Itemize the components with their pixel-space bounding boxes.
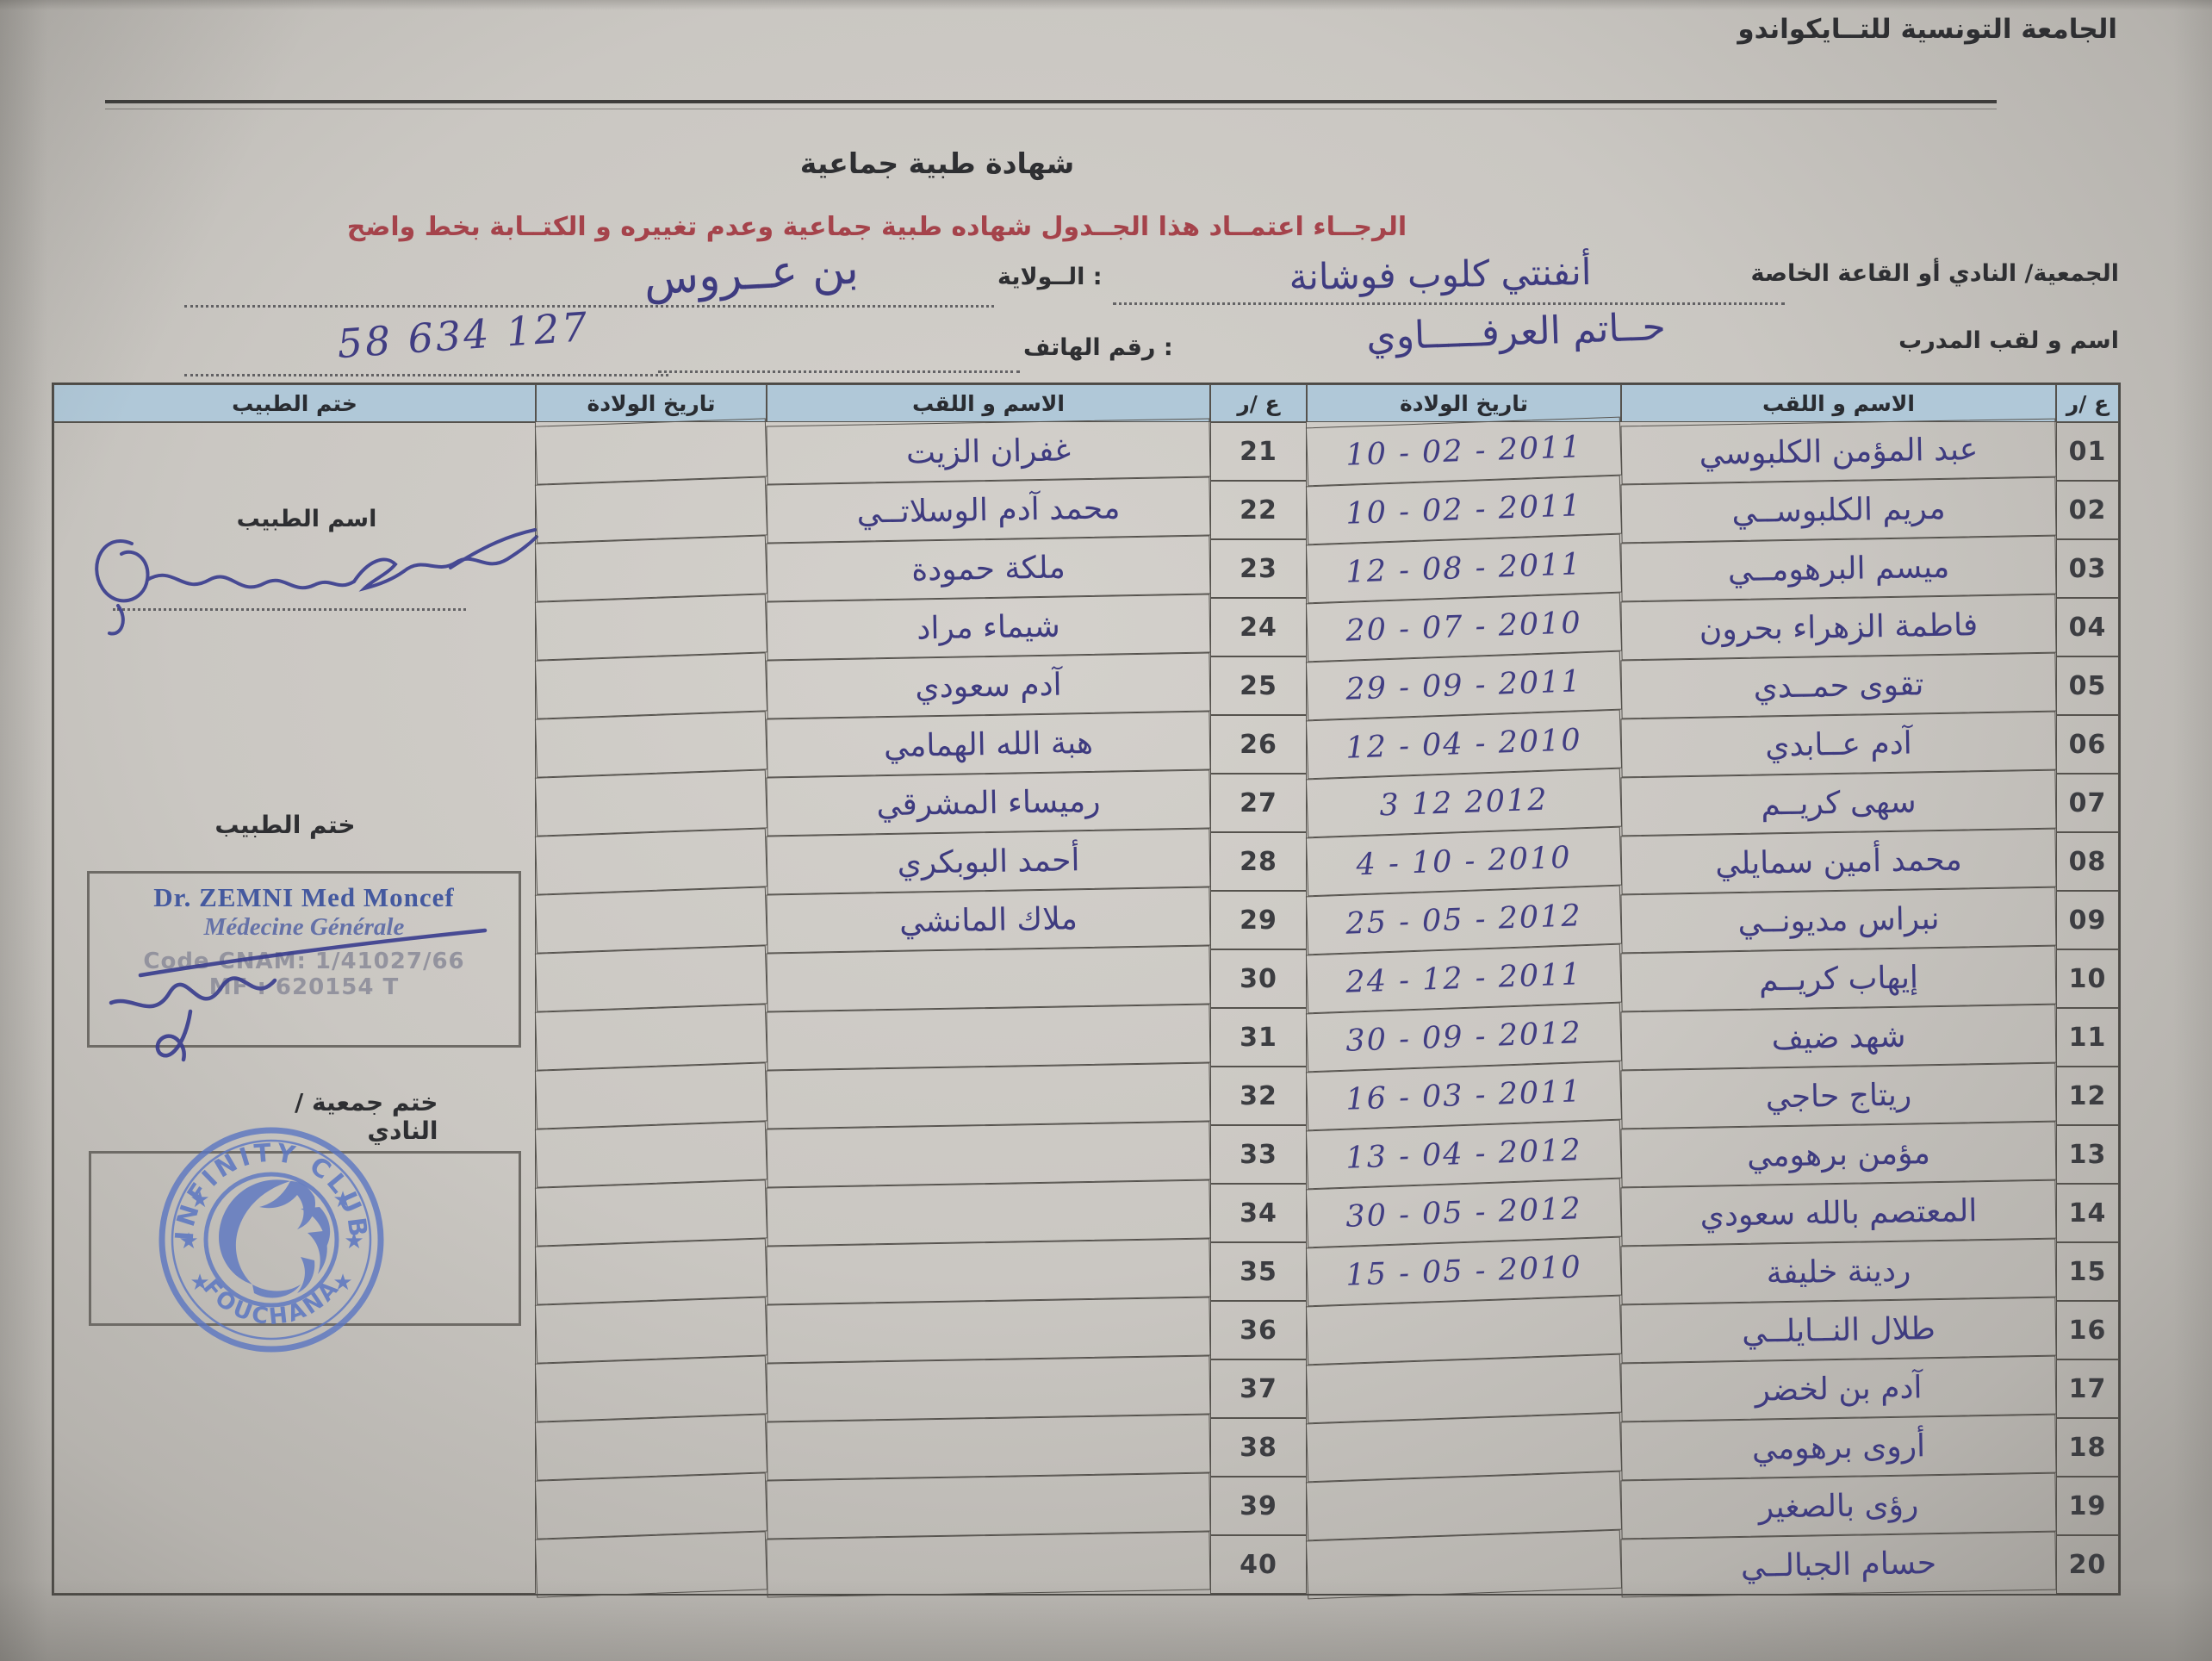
row-number-cell: 18 xyxy=(2056,1418,2119,1477)
row-number-cell: 30 xyxy=(1210,949,1307,1008)
row-number-cell: 09 xyxy=(2056,891,2119,949)
athlete-name-cell: مؤمن برهومي xyxy=(1620,1122,2056,1188)
row-number-cell: 33 xyxy=(1210,1125,1307,1184)
athlete-name-cell: المعتصم بالله سعودي xyxy=(1620,1180,2056,1247)
row-number-cell: 38 xyxy=(1210,1418,1307,1477)
col-header-dob: تاريخ الولادة xyxy=(1307,384,1621,422)
birthdate-cell: 2012 - 05 - 25 xyxy=(1306,886,1622,955)
star-icon: ★ xyxy=(344,1229,363,1254)
star-icon: ★ xyxy=(190,1187,209,1213)
row-number-cell: 34 xyxy=(1210,1184,1307,1242)
row-number-cell: 24 xyxy=(1210,598,1307,656)
row-number-cell: 35 xyxy=(1210,1242,1307,1301)
birthdate-cell xyxy=(1306,1413,1622,1483)
row-number-cell: 27 xyxy=(1210,774,1307,832)
state-field-label: الــولاية : xyxy=(997,264,1103,290)
birthdate-cell xyxy=(1306,1354,1622,1424)
club-round-stamp: INFINITY CLUB FOUCHANA ★ ★ ★ ★ ★ ★ xyxy=(154,1123,388,1357)
col-header-name: الاسم و اللقب xyxy=(1621,384,2056,422)
row-number-cell: 10 xyxy=(2056,949,2119,1008)
athlete-name-cell: طلال النــايلــي xyxy=(1620,1297,2056,1364)
state-field-value: بن عــروس xyxy=(643,243,860,306)
birthdate-cell: 2012 - 09 - 30 xyxy=(1306,1003,1622,1073)
athlete-name-cell xyxy=(766,1239,1210,1305)
athlete-name-cell: ردينة خليفة xyxy=(1620,1239,2056,1305)
athlete-name-cell: عبد المؤمن الكلبوسي xyxy=(1620,419,2056,485)
row-number-cell: 32 xyxy=(1210,1067,1307,1125)
birthdate-cell: 2011 - 03 - 16 xyxy=(1306,1061,1622,1131)
row-number-cell: 12 xyxy=(2056,1067,2119,1125)
row-number-cell: 13 xyxy=(2056,1125,2119,1184)
club-field-value: أنفنتي كلوب فوشانة xyxy=(1289,251,1592,298)
phoenix-icon xyxy=(219,1179,330,1297)
row-number-cell: 22 xyxy=(1210,481,1307,539)
state-field-line xyxy=(184,305,994,308)
star-icon: ★ xyxy=(332,1187,352,1213)
birthdate-cell xyxy=(1306,1296,1622,1366)
header-rule xyxy=(105,100,1997,109)
birthdate-cell: 2011 - 12 - 24 xyxy=(1306,944,1622,1014)
row-number-cell: 16 xyxy=(2056,1301,2119,1359)
row-number-cell: 39 xyxy=(1210,1477,1307,1535)
row-number-cell: 36 xyxy=(1210,1301,1307,1359)
scanned-medical-certificate: الجامعة التونسية للتــايكواندو شهادة طبي… xyxy=(0,0,2212,1661)
federation-title: الجامعة التونسية للتــايكواندو xyxy=(1737,14,2117,45)
row-number-cell: 06 xyxy=(2056,715,2119,774)
col-header-num-2: ع /ر xyxy=(1210,384,1307,422)
athlete-name-cell: إيهاب كريــم xyxy=(1620,946,2056,1012)
coach-field-value: حــاتم العرفـــــاوي xyxy=(1365,305,1666,359)
row-number-cell: 14 xyxy=(2056,1184,2119,1242)
club-field-line xyxy=(1113,302,1785,305)
birthdate-cell xyxy=(535,1297,767,1363)
athlete-name-cell: ميسم البرهومــي xyxy=(1620,536,2056,602)
row-number-cell: 28 xyxy=(1210,832,1307,891)
athlete-name-cell: مريم الكلبوســي xyxy=(1620,477,2056,544)
document-title: شهادة طبية جماعية xyxy=(800,146,1074,180)
athlete-name-cell xyxy=(766,1356,1210,1422)
row-number-cell: 37 xyxy=(1210,1359,1307,1418)
athlete-name-cell: شيماء مراد xyxy=(766,594,1210,661)
athlete-name-cell xyxy=(766,1473,1210,1540)
birthdate-cell xyxy=(535,711,767,777)
row-number-cell: 08 xyxy=(2056,832,2119,891)
club-stamp-bottom-text: FOUCHANA xyxy=(197,1275,345,1331)
birthdate-cell xyxy=(535,828,767,894)
athlete-name-cell xyxy=(766,1063,1210,1129)
row-number-cell: 11 xyxy=(2056,1008,2119,1067)
row-number-cell: 31 xyxy=(1210,1008,1307,1067)
athlete-name-cell: هبة الله الهمامي xyxy=(766,712,1210,778)
birthdate-cell xyxy=(535,769,767,836)
row-number-cell: 25 xyxy=(1210,656,1307,715)
row-number-cell: 29 xyxy=(1210,891,1307,949)
row-number-cell: 05 xyxy=(2056,656,2119,715)
col-header-name-2: الاسم و اللقب xyxy=(767,384,1210,422)
row-number-cell: 04 xyxy=(2056,598,2119,656)
athlete-name-cell xyxy=(766,1122,1210,1188)
athlete-name-cell xyxy=(766,1415,1210,1481)
athlete-name-cell xyxy=(766,1532,1210,1598)
svg-text:FOUCHANA: FOUCHANA xyxy=(197,1275,345,1331)
row-number-cell: 19 xyxy=(2056,1477,2119,1535)
athlete-name-cell: رؤى بالصغير xyxy=(1620,1473,2056,1540)
athlete-name-cell: آدم بن لخضر xyxy=(1620,1356,2056,1422)
club-field-label: الجمعية/ النادي أو القاعة الخاصة xyxy=(1751,260,2119,287)
birthdate-cell xyxy=(1306,1530,1622,1600)
birthdate-cell: 2011 - 09 - 29 xyxy=(1306,651,1622,721)
athlete-name-cell: فاطمة الزهراء بحرون xyxy=(1620,594,2056,661)
row-number-cell: 23 xyxy=(1210,539,1307,598)
athlete-name-cell: حسام الجبالــي xyxy=(1620,1532,2056,1598)
doctor-stamp-signature xyxy=(80,893,528,1082)
athlete-name-cell: ملاك المانشي xyxy=(766,887,1210,954)
athlete-name-cell: تقوى حمــدي xyxy=(1620,653,2056,719)
birthdate-cell xyxy=(535,418,767,484)
birthdate-cell xyxy=(535,886,767,953)
roster-table: اسم الطبيب ختم الطبيب Dr. ZEMNI Med Monc… xyxy=(52,383,2121,1596)
col-header-stamp: ختم الطبيب xyxy=(53,384,536,422)
birthdate-cell xyxy=(535,1355,767,1421)
row-number-cell: 17 xyxy=(2056,1359,2119,1418)
row-number-cell: 01 xyxy=(2056,422,2119,481)
athlete-name-cell: محمد آدم الوسلاتــي xyxy=(766,477,1210,544)
birthdate-cell: 2011 - 02 - 10 xyxy=(1306,476,1622,545)
phone-field-line2 xyxy=(184,374,668,376)
doctor-stamp-label: ختم الطبيب xyxy=(214,811,355,839)
birthdate-cell xyxy=(535,1062,767,1129)
row-number-cell: 26 xyxy=(1210,715,1307,774)
stamp-column-cell: اسم الطبيب ختم الطبيب Dr. ZEMNI Med Monc… xyxy=(53,422,536,1594)
athlete-name-cell: أروى برهومي xyxy=(1620,1415,2056,1481)
doctor-signature xyxy=(78,509,544,647)
row-number-cell: 07 xyxy=(2056,774,2119,832)
athlete-name-cell xyxy=(766,1180,1210,1247)
athlete-name-cell: شهد ضيف xyxy=(1620,1005,2056,1071)
col-header-dob-2: تاريخ الولادة xyxy=(536,384,767,422)
birthdate-cell: 2012 - 05 - 30 xyxy=(1306,1179,1622,1248)
birthdate-cell: 2011 - 08 - 12 xyxy=(1306,534,1622,604)
row-number-cell: 21 xyxy=(1210,422,1307,481)
birthdate-cell xyxy=(535,1472,767,1539)
athlete-name-cell: آدم عــابدي xyxy=(1620,712,2056,778)
birthdate-cell xyxy=(535,594,767,660)
phone-field-line xyxy=(658,370,1020,373)
birthdate-cell: 2012 12 3 xyxy=(1306,768,1622,838)
birthdate-cell xyxy=(535,1179,767,1246)
birthdate-cell xyxy=(535,652,767,719)
row-number-cell: 20 xyxy=(2056,1535,2119,1594)
row-number-cell: 02 xyxy=(2056,481,2119,539)
birthdate-cell xyxy=(1306,1471,1622,1541)
birthdate-cell: 2010 - 04 - 12 xyxy=(1306,710,1622,780)
athlete-name-cell: ملكة حمودة xyxy=(766,536,1210,602)
athlete-name-cell: أحمد البوبكري xyxy=(766,829,1210,895)
athlete-name-cell: غفران الزيت xyxy=(766,419,1210,485)
row-number-cell: 40 xyxy=(1210,1535,1307,1594)
athlete-name-cell: محمد أمين سمايلي xyxy=(1620,829,2056,895)
athlete-name-cell: آدم سعودي xyxy=(766,653,1210,719)
athlete-name-cell xyxy=(766,946,1210,1012)
star-icon: ★ xyxy=(190,1270,209,1296)
row-number-cell: 15 xyxy=(2056,1242,2119,1301)
athlete-name-cell: سهى كريــم xyxy=(1620,770,2056,837)
star-icon: ★ xyxy=(178,1229,198,1254)
athlete-name-cell: رميساء المشرقي xyxy=(766,770,1210,837)
birthdate-cell: 2010 - 07 - 20 xyxy=(1306,593,1622,663)
birthdate-cell: 2012 - 04 - 13 xyxy=(1306,1120,1622,1190)
athlete-name-cell: نبراس مديونــي xyxy=(1620,887,2056,954)
athlete-name-cell xyxy=(766,1297,1210,1364)
row-number-cell: 03 xyxy=(2056,539,2119,598)
birthdate-cell xyxy=(535,1004,767,1070)
birthdate-cell xyxy=(535,1238,767,1304)
phone-field-label: رقم الهاتف : xyxy=(1023,334,1173,361)
instruction-line: الرجــاء اعتمــاد هذا الجــدول شهاده طبي… xyxy=(347,212,1407,242)
star-icon: ★ xyxy=(332,1270,352,1296)
phone-field-value: 58 634 127 xyxy=(336,303,591,367)
birthdate-cell: 2010 - 05 - 15 xyxy=(1306,1237,1622,1307)
birthdate-cell: 2011 - 02 - 10 xyxy=(1306,417,1622,487)
birthdate-cell xyxy=(535,476,767,543)
birthdate-cell xyxy=(535,1414,767,1480)
birthdate-cell xyxy=(535,535,767,601)
coach-field-label: اسم و لقب المدرب xyxy=(1898,327,2119,354)
athlete-name-cell: ريتاج حاجي xyxy=(1620,1063,2056,1129)
birthdate-cell xyxy=(535,1121,767,1187)
athlete-name-cell xyxy=(766,1005,1210,1071)
birthdate-cell xyxy=(535,1531,767,1597)
col-header-num: ع /ر xyxy=(2056,384,2119,422)
birthdate-cell: 2010 - 10 - 4 xyxy=(1306,827,1622,897)
birthdate-cell xyxy=(535,945,767,1011)
